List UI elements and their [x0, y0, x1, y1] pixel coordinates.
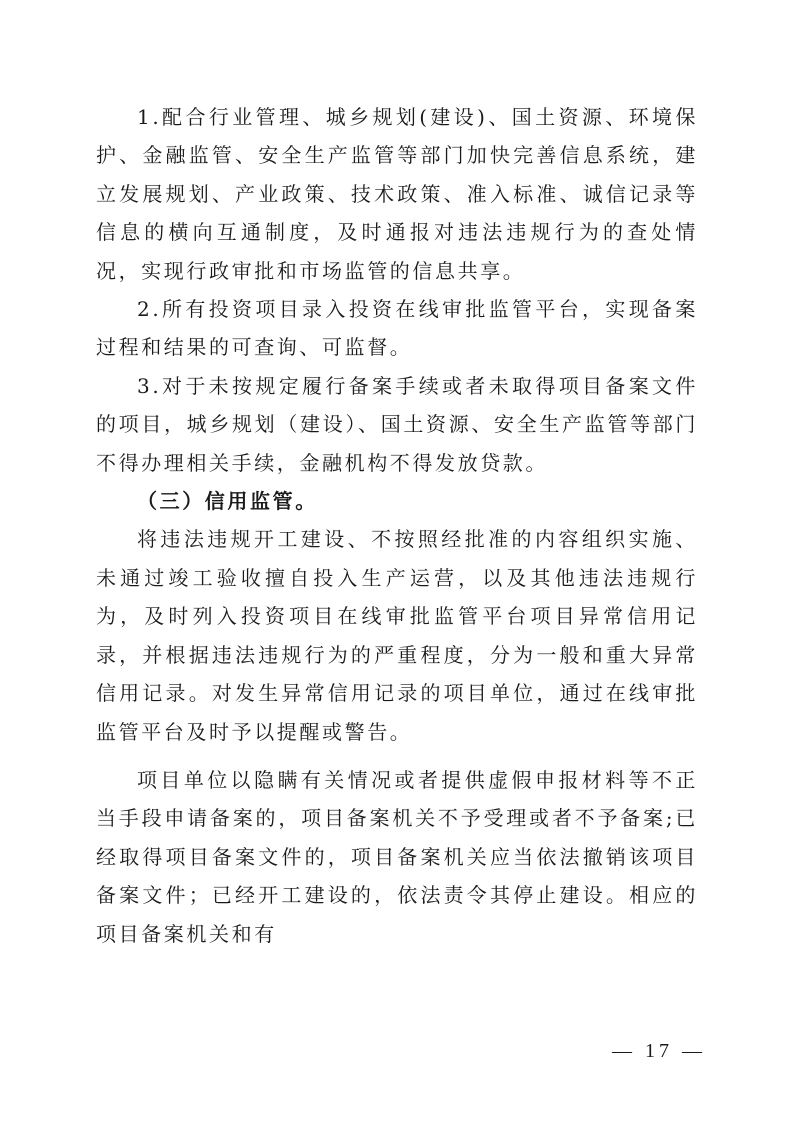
paragraph-item-1: 1.配合行业管理、城乡规划(建设)、国土资源、环境保护、金融监管、安全生产监管等…	[96, 98, 698, 290]
paragraph-item-2: 2.所有投资项目录入投资在线审批监管平台，实现备案过程和结果的可查询、可监督。	[96, 290, 698, 367]
paragraph-item-3: 3.对于未按规定履行备案手续或者未取得项目备案文件的项目，城乡规划（建设）、国土…	[96, 367, 698, 482]
paragraph-credit-records: 将违法违规开工建设、不按照经批准的内容组织实施、未通过竣工验收擅自投入生产运营，…	[96, 520, 698, 750]
paragraph-false-application: 项目单位以隐瞒有关情况或者提供虚假申报材料等不正当手段申请备案的，项目备案机关不…	[96, 761, 698, 953]
page-number: — 17 —	[612, 1040, 706, 1063]
document-page: 1.配合行业管理、城乡规划(建设)、国土资源、环境保护、金融监管、安全生产监管等…	[0, 0, 793, 1122]
section-heading-credit-supervision: （三）信用监管。	[96, 482, 698, 520]
document-body: 1.配合行业管理、城乡规划(建设)、国土资源、环境保护、金融监管、安全生产监管等…	[96, 98, 698, 953]
